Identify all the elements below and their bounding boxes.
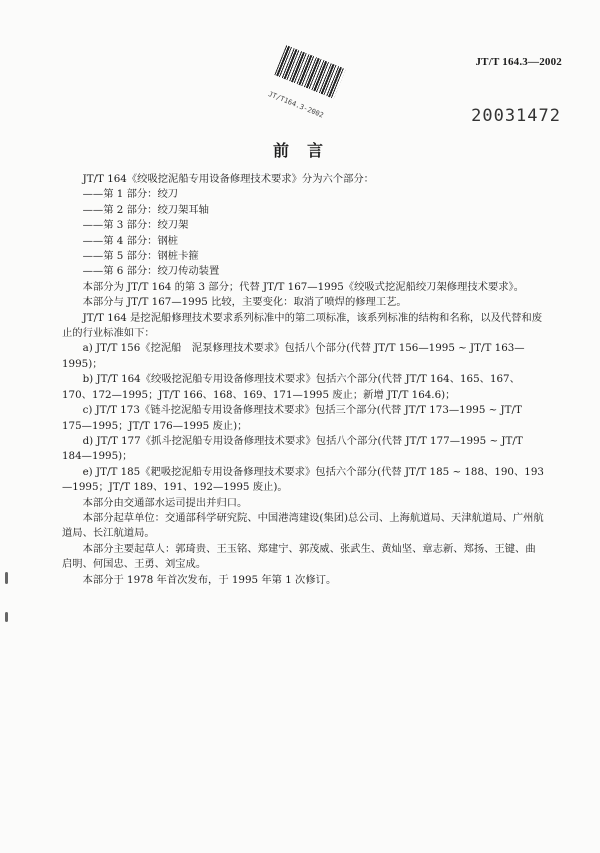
scan-mark — [5, 572, 8, 584]
series-item: e) JT/T 185《耙吸挖泥船专用设备修理技术要求》包括六个部分(代替 JT… — [62, 465, 544, 496]
document-body: JT/T 164《绞吸挖泥船专用设备修理技术要求》分为六个部分： ——第 1 部… — [62, 172, 544, 588]
part-item: ——第 2 部分：绞刀架耳轴 — [62, 203, 544, 218]
drafting-units-paragraph: 本部分起草单位：交通部科学研究院、中国港湾建设(集团)总公司、上海航道局、天津航… — [62, 511, 544, 542]
intro-paragraph: JT/T 164《绞吸挖泥船专用设备修理技术要求》分为六个部分： — [62, 172, 544, 187]
standard-code: JT/T 164.3—2002 — [475, 56, 562, 68]
changes-paragraph: 本部分与 JT/T 167—1995 比较，主要变化：取消了喷焊的修理工艺。 — [62, 295, 544, 310]
drafters-paragraph: 本部分主要起草人：郭琦贵、王玉铭、郑建宁、郭茂威、张武生、黄灿坚、章志新、郑扬、… — [62, 542, 544, 573]
part-item: ——第 3 部分：绞刀架 — [62, 218, 544, 233]
history-paragraph: 本部分于 1978 年首次发布，于 1995 年第 1 次修订。 — [62, 573, 544, 588]
barcode: JT/T164.3-2002 — [270, 50, 350, 112]
series-item: a) JT/T 156《挖泥船 泥泵修理技术要求》包括八个部分(代替 JT/T … — [62, 341, 544, 372]
proposed-by-paragraph: 本部分由交通部水运司提出并归口。 — [62, 496, 544, 511]
barcode-bars — [274, 45, 345, 99]
series-item: b) JT/T 164《绞吸挖泥船专用设备修理技术要求》包括六个部分(代替 JT… — [62, 372, 544, 403]
series-paragraph: JT/T 164 是挖泥船修理技术要求系列标准中的第二项标准，该系列标准的结构和… — [62, 311, 544, 342]
part-item: ——第 1 部分：绞刀 — [62, 187, 544, 202]
part-item: ——第 4 部分：钢桩 — [62, 234, 544, 249]
part-item: ——第 6 部分：绞刀传动装置 — [62, 264, 544, 279]
barcode-label: JT/T164.3-2002 — [267, 90, 325, 120]
series-item: d) JT/T 177《抓斗挖泥船专用设备修理技术要求》包括八个部分(代替 JT… — [62, 434, 544, 465]
replaces-paragraph: 本部分为 JT/T 164 的第 3 部分；代替 JT/T 167—1995《绞… — [62, 280, 544, 295]
scan-mark — [5, 612, 8, 622]
series-item: c) JT/T 173《链斗挖泥船专用设备修理技术要求》包括三个部分(代替 JT… — [62, 403, 544, 434]
page-title: 前言 — [0, 138, 600, 161]
part-item: ——第 5 部分：钢桩卡箍 — [62, 249, 544, 264]
serial-number: 20031472 — [471, 106, 561, 126]
